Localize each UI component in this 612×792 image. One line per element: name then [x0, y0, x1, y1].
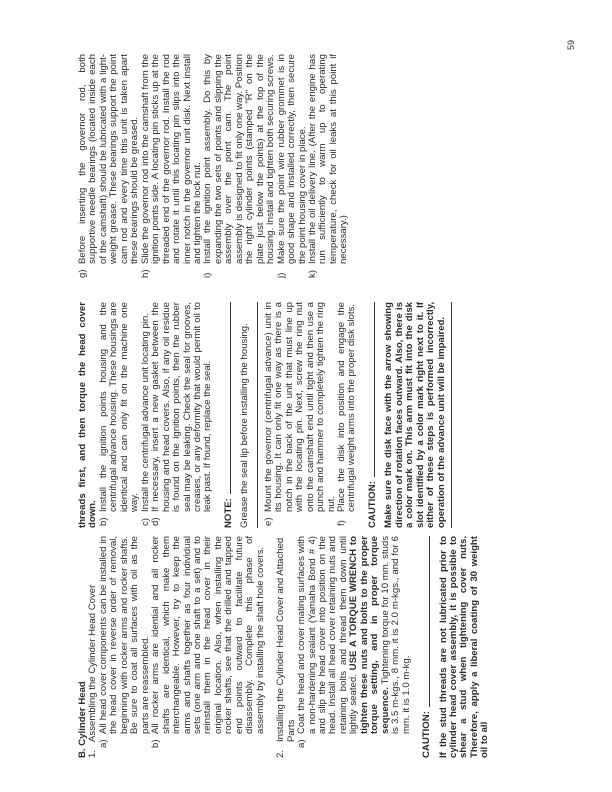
column-2: threads first, and then torque the head … — [78, 302, 452, 528]
column-3: g) Before inserting the governor rod, bo… — [78, 54, 350, 280]
caution-title: CAUTION: — [368, 481, 378, 528]
step-1-number: 1. — [88, 750, 98, 758]
continued-caution-text: threads first, and then torque the head … — [78, 302, 99, 528]
note-heading: NOTE: — [224, 302, 234, 528]
item-label: b) — [99, 517, 109, 526]
caution-rule — [429, 536, 430, 707]
step-2-number: 2. — [276, 750, 286, 758]
caution-title: CAUTION: — [422, 711, 432, 758]
item-text: All head cover components can be install… — [98, 536, 151, 734]
item-label: e) — [264, 517, 274, 526]
item-label: b) — [151, 739, 161, 748]
item-text: Before inserting the governor rod, both … — [77, 54, 140, 264]
column-1: B. Cylinder Head 1. Assembling the Cylin… — [78, 536, 491, 758]
section-title: Cylinder Head — [77, 681, 88, 746]
item-e: e) Mount the governor (centrifugal advan… — [264, 302, 337, 528]
item-text: Make sure the point wire rubber grommet … — [276, 54, 308, 264]
step-2-title: Installing the Cylinder Head Cover and A… — [275, 538, 296, 742]
item-f: f) Place the disk into position and enga… — [337, 302, 358, 528]
step-1-title: Assembling the Cylinder Head Cover — [87, 585, 98, 742]
item-g: g) Before inserting the governor rod, bo… — [78, 54, 141, 280]
item-d: d) If necessary, insert a new gasket bet… — [151, 302, 214, 528]
item-text: Install the centrifugal advance unit loc… — [140, 313, 151, 512]
item-text: Install the oil delivery line. (After th… — [307, 54, 349, 264]
item-label: a) — [99, 739, 109, 748]
item-k: k) Install the oil delivery line. (After… — [308, 54, 350, 280]
item-label: a) — [297, 739, 307, 748]
caution-heading: CAUTION: — [422, 536, 432, 758]
item-label: g) — [78, 269, 88, 278]
item-label: k) — [308, 270, 318, 278]
item-label: d) — [151, 517, 161, 526]
step-1-item-a: a) All head cover components can be inst… — [99, 536, 151, 758]
item-text: Slide the governor rod into the camshaft… — [140, 54, 203, 264]
item-text: Place the disk into position and engage … — [336, 302, 357, 512]
item-label: j) — [277, 273, 287, 278]
item-label: h) — [141, 269, 151, 278]
note-title: NOTE: — [224, 498, 234, 528]
caution-text: If the stud threads are not lubricated p… — [439, 536, 491, 758]
item-text: Install the ignition points housing and … — [98, 302, 140, 512]
spacer — [214, 302, 224, 528]
item-text: Install the ignition point assembly. Do … — [202, 54, 276, 264]
caution-heading: CAUTION: — [368, 302, 378, 528]
note-text: Grease the seal lip before installing th… — [240, 302, 257, 528]
step-2-heading: 2. Installing the Cylinder Head Cover an… — [276, 536, 297, 758]
caution-rule — [374, 302, 375, 477]
item-text: If necessary, insert a new gasket betwee… — [150, 302, 213, 512]
item-i: i) Install the ignition point assembly. … — [203, 54, 276, 280]
item-b: b) Install the ignition points housing a… — [99, 302, 141, 528]
caution-text: Make sure the disk face with the arrow s… — [384, 302, 452, 528]
note-rule — [230, 302, 231, 494]
item-h: h) Slide the governor rod into the camsh… — [141, 54, 204, 280]
step-1-item-b: b) All rocker arms are idential and all … — [151, 536, 266, 758]
item-label: i) — [203, 273, 213, 278]
item-text: Mount the governor (centrifugal advance)… — [263, 302, 337, 512]
item-label: f) — [337, 520, 347, 526]
item-j: j) Make sure the point wire rubber gromm… — [277, 54, 308, 280]
section-label: B. — [77, 748, 88, 758]
step-2-item-a: a) Coat the head and cover mating surfac… — [297, 536, 412, 758]
item-text: All rocker arms are idential and all roc… — [150, 536, 266, 734]
page-number: 59 — [566, 40, 576, 50]
rotated-manual-page: B. Cylinder Head 1. Assembling the Cylin… — [0, 0, 612, 792]
